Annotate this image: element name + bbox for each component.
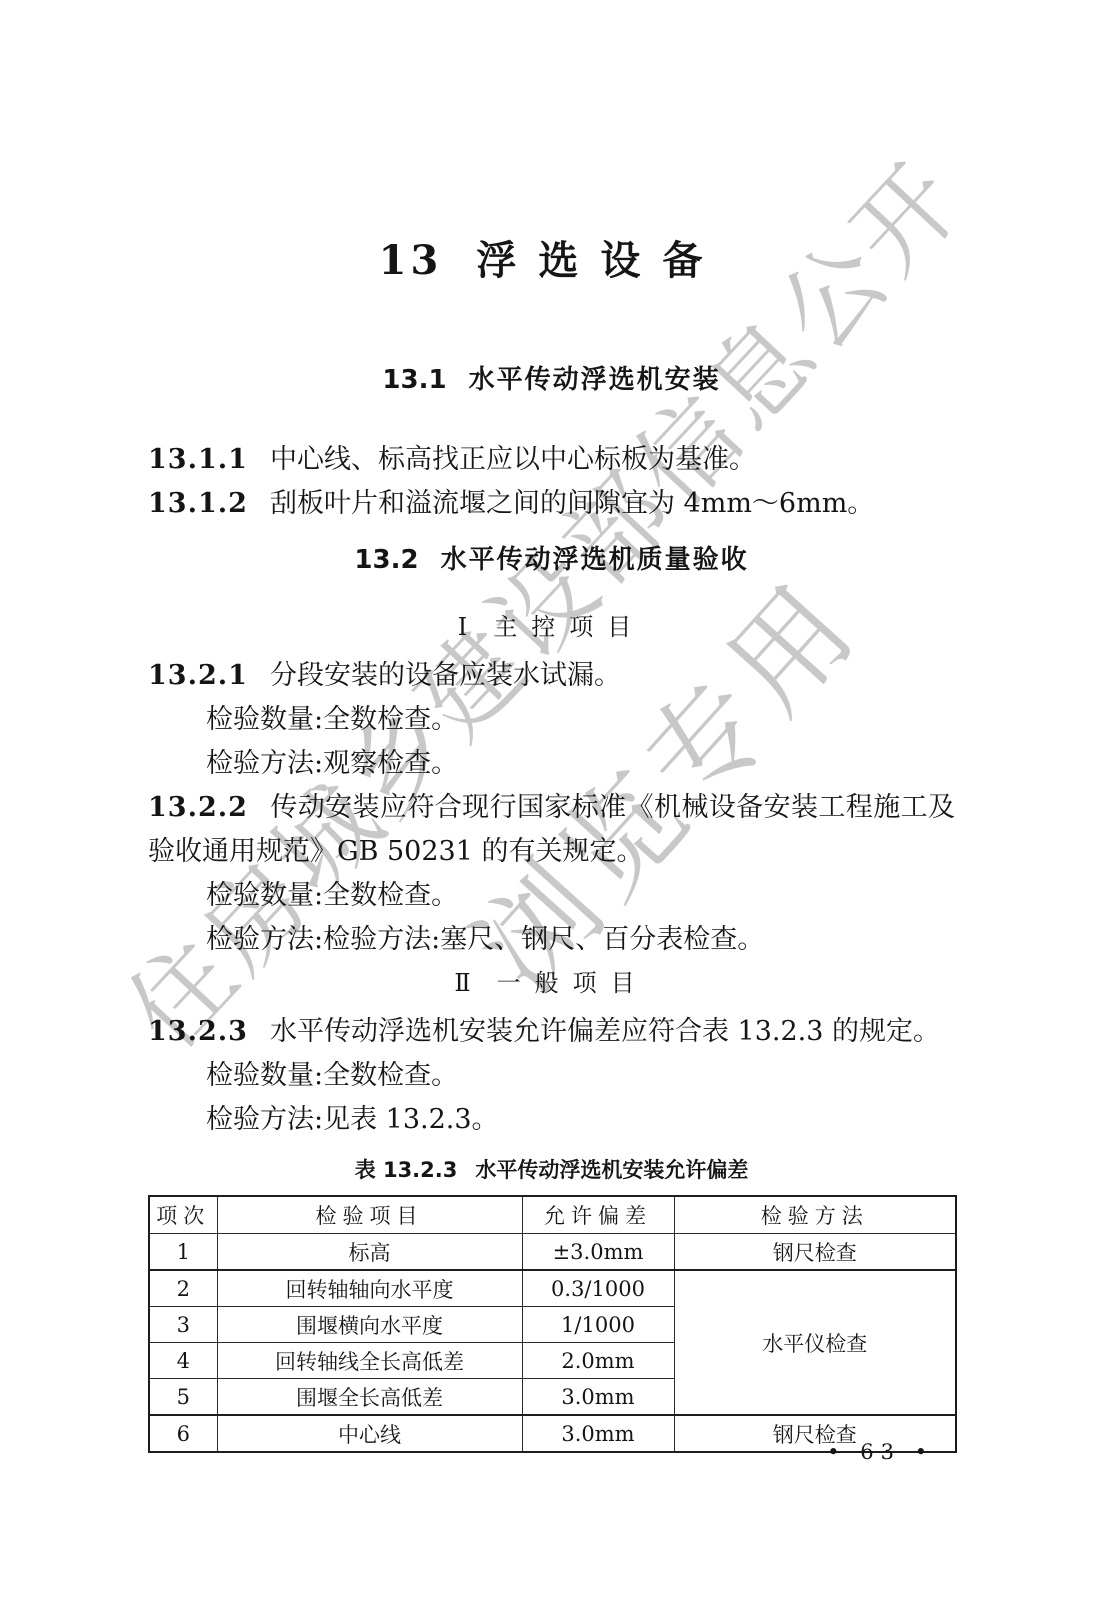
cell-item: 标高 <box>217 1234 522 1271</box>
clause-13-2-1-number: 13.2.1 <box>148 660 248 691</box>
part-2-label: 一般项目 <box>497 969 649 997</box>
clause-13-2-2: 13.2.2传动安装应符合现行国家标准《机械设备安装工程施工及验收通用规范》GB… <box>148 786 955 874</box>
section-13-2-number: 13.2 <box>354 545 418 575</box>
cell-tolerance: 0.3/1000 <box>522 1270 674 1307</box>
clause-13-1-1: 13.1.1中心线、标高找正应以中心标板为基准。 <box>148 438 955 482</box>
table-row: 1 标高 ±3.0mm 钢尺检查 <box>149 1234 956 1271</box>
clauses-13-1: 13.1.1中心线、标高找正应以中心标板为基准。 13.1.2刮板叶片和溢流堰之… <box>148 438 955 526</box>
part-1-numeral: Ⅰ <box>458 613 467 641</box>
cell-no: 2 <box>149 1270 217 1307</box>
section-13-1-title: 水平传动浮选机安装 <box>469 365 721 395</box>
clause-13-2-1: 13.2.1分段安装的设备应装水试漏。 <box>148 654 955 698</box>
cell-method-merged: 水平仪检查 <box>674 1270 956 1415</box>
clause-13-2-2-check-method: 检验方法:检验方法:塞尺、钢尺、百分表检查。 <box>148 918 955 962</box>
clause-13-2-3-number: 13.2.3 <box>148 1016 248 1047</box>
table-caption: 表 13.2.3水平传动浮选机安装允许偏差 <box>148 1156 955 1184</box>
table-header-row: 项次 检验项目 允许偏差 检验方法 <box>149 1196 956 1234</box>
chapter-title-text: 浮选设备 <box>476 237 724 284</box>
cell-no: 3 <box>149 1307 217 1343</box>
clause-13-1-1-text: 中心线、标高找正应以中心标板为基准。 <box>270 444 756 475</box>
clause-13-2-3-text: 水平传动浮选机安装允许偏差应符合表 13.2.3 的规定。 <box>270 1016 940 1047</box>
document-page: 住房城乡建设部信息公开 浏览专用 13浮选设备 13.1水平传动浮选机安装 13… <box>0 0 1102 1598</box>
clause-13-2-1-text: 分段安装的设备应装水试漏。 <box>270 660 621 691</box>
cell-no: 6 <box>149 1415 217 1452</box>
cell-tolerance: 3.0mm <box>522 1379 674 1416</box>
header-cell-method: 检验方法 <box>674 1196 956 1234</box>
part-label-2: Ⅱ一般项目 <box>148 968 955 998</box>
page-content: 13浮选设备 13.1水平传动浮选机安装 13.1.1中心线、标高找正应以中心标… <box>148 0 955 1453</box>
section-13-1-number: 13.1 <box>382 365 446 395</box>
clause-13-2-1-check-method: 检验方法:观察检查。 <box>148 742 955 786</box>
clause-13-1-2-number: 13.1.2 <box>148 488 248 519</box>
clause-13-1-2-text: 刮板叶片和溢流堰之间的间隙宜为 4mm～6mm。 <box>270 488 874 519</box>
clause-13-1-1-number: 13.1.1 <box>148 444 248 475</box>
cell-tolerance: 3.0mm <box>522 1415 674 1452</box>
cell-no: 1 <box>149 1234 217 1271</box>
header-cell-no: 项次 <box>149 1196 217 1234</box>
clause-13-2-3-block: 13.2.3水平传动浮选机安装允许偏差应符合表 13.2.3 的规定。 检验数量… <box>148 1010 955 1142</box>
cell-no: 4 <box>149 1343 217 1379</box>
part-1-label: 主控项目 <box>493 613 645 641</box>
clause-13-2-3-check-method: 检验方法:见表 13.2.3。 <box>148 1098 955 1142</box>
clause-13-2-2-number: 13.2.2 <box>148 792 248 823</box>
section-heading-13-2: 13.2水平传动浮选机质量验收 <box>148 544 955 576</box>
cell-no: 5 <box>149 1379 217 1416</box>
chapter-number: 13 <box>379 237 443 284</box>
header-cell-item: 检验项目 <box>217 1196 522 1234</box>
part-label-1: Ⅰ主控项目 <box>148 612 955 642</box>
tolerance-table: 项次 检验项目 允许偏差 检验方法 1 标高 ±3.0mm 钢尺检查 2 回转轴… <box>148 1195 957 1453</box>
clause-13-2-2-text: 传动安装应符合现行国家标准《机械设备安装工程施工及验收通用规范》GB 50231… <box>148 792 955 867</box>
table-row: 2 回转轴轴向水平度 0.3/1000 水平仪检查 <box>149 1270 956 1307</box>
table-caption-number: 表 13.2.3 <box>355 1158 458 1182</box>
cell-item: 回转轴线全长高低差 <box>217 1343 522 1379</box>
cell-tolerance: ±3.0mm <box>522 1234 674 1271</box>
cell-item: 围堰全长高低差 <box>217 1379 522 1416</box>
clause-13-2-3-check-quantity: 检验数量:全数检查。 <box>148 1054 955 1098</box>
section-13-2-title: 水平传动浮选机质量验收 <box>441 545 749 575</box>
cell-item: 围堰横向水平度 <box>217 1307 522 1343</box>
clause-13-2-3: 13.2.3水平传动浮选机安装允许偏差应符合表 13.2.3 的规定。 <box>148 1010 955 1054</box>
page-number: • 63 • <box>827 1440 934 1464</box>
clause-13-2-2-block: 13.2.2传动安装应符合现行国家标准《机械设备安装工程施工及验收通用规范》GB… <box>148 786 955 962</box>
cell-item: 回转轴轴向水平度 <box>217 1270 522 1307</box>
header-cell-tolerance: 允许偏差 <box>522 1196 674 1234</box>
part-2-numeral: Ⅱ <box>454 969 470 997</box>
cell-item: 中心线 <box>217 1415 522 1452</box>
cell-tolerance: 2.0mm <box>522 1343 674 1379</box>
clause-13-2-1-block: 13.2.1分段安装的设备应装水试漏。 检验数量:全数检查。 检验方法:观察检查… <box>148 654 955 786</box>
table-caption-title: 水平传动浮选机安装允许偏差 <box>475 1158 748 1182</box>
clause-13-2-2-check-quantity: 检验数量:全数检查。 <box>148 874 955 918</box>
cell-method: 钢尺检查 <box>674 1234 956 1271</box>
section-heading-13-1: 13.1水平传动浮选机安装 <box>148 364 955 396</box>
chapter-title: 13浮选设备 <box>148 238 955 284</box>
clause-13-1-2: 13.1.2刮板叶片和溢流堰之间的间隙宜为 4mm～6mm。 <box>148 482 955 526</box>
cell-tolerance: 1/1000 <box>522 1307 674 1343</box>
clause-13-2-1-check-quantity: 检验数量:全数检查。 <box>148 698 955 742</box>
